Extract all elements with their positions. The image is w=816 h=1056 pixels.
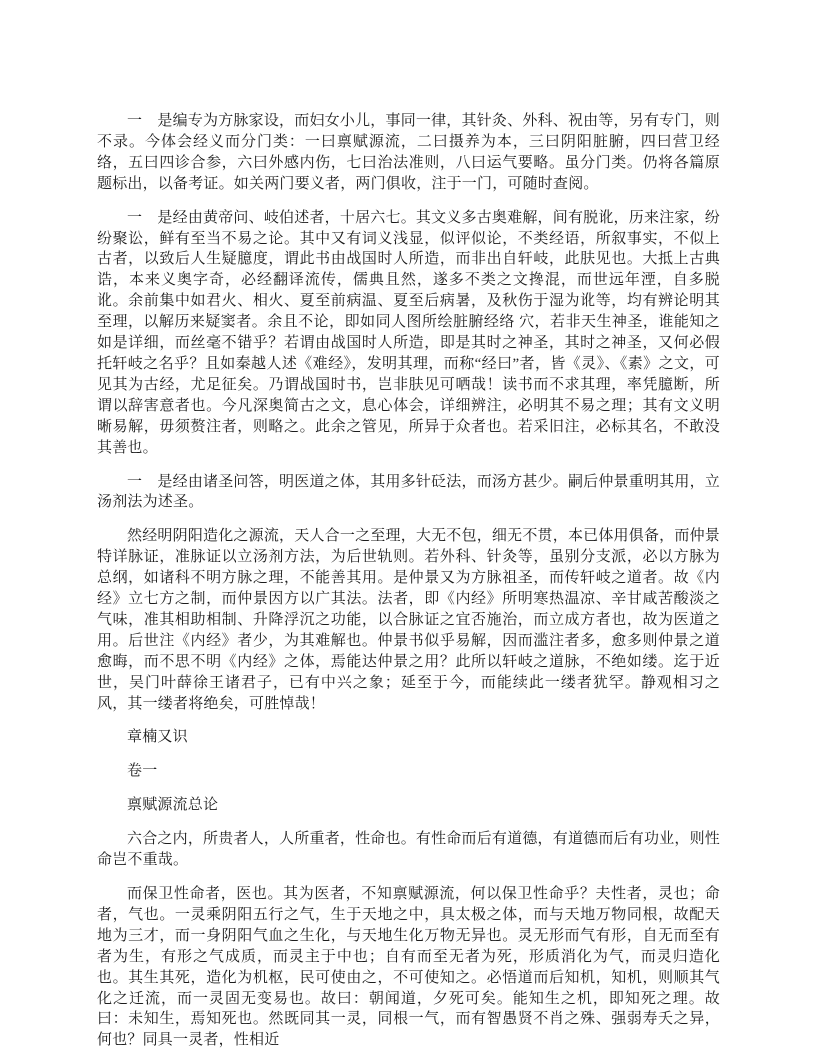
volume-heading: 卷一 bbox=[97, 761, 720, 782]
author-signature: 章楠又识 bbox=[97, 727, 720, 748]
body-paragraph: 而保卫性命者，医也。其为医者，不知禀赋源流，何以保卫性命乎？夫性者，灵也；命者，… bbox=[97, 884, 720, 1051]
body-paragraph: 六合之内，所贵者人，人所重者，性命也。有性命而后有道德，有道德而后有功业，则性命… bbox=[97, 829, 720, 871]
section-title: 禀赋源流总论 bbox=[97, 795, 720, 816]
document-page: 一 是编专为方脉家设，而妇女小儿，事同一律，其针灸、外科、祝由等，另有专门，则不… bbox=[0, 0, 816, 1056]
body-paragraph: 一 是经由黄帝问、岐伯述者，十居六七。其文义多古奥难解，间有脱讹，历来注家，纷纷… bbox=[97, 208, 720, 459]
body-paragraph: 一 是经由诸圣问答，明医道之体，其用多针砭法，而汤方甚少。嗣后仲景重明其用，立汤… bbox=[97, 472, 720, 514]
body-paragraph: 然经明阴阳造化之源流，天人合一之至理，大无不包，细无不贯，本已体用俱备，而仲景特… bbox=[97, 526, 720, 714]
text-body: 一 是编专为方脉家设，而妇女小儿，事同一律，其针灸、外科、祝由等，另有专门，则不… bbox=[97, 111, 720, 1051]
body-paragraph: 一 是编专为方脉家设，而妇女小儿，事同一律，其针灸、外科、祝由等，另有专门，则不… bbox=[97, 111, 720, 195]
